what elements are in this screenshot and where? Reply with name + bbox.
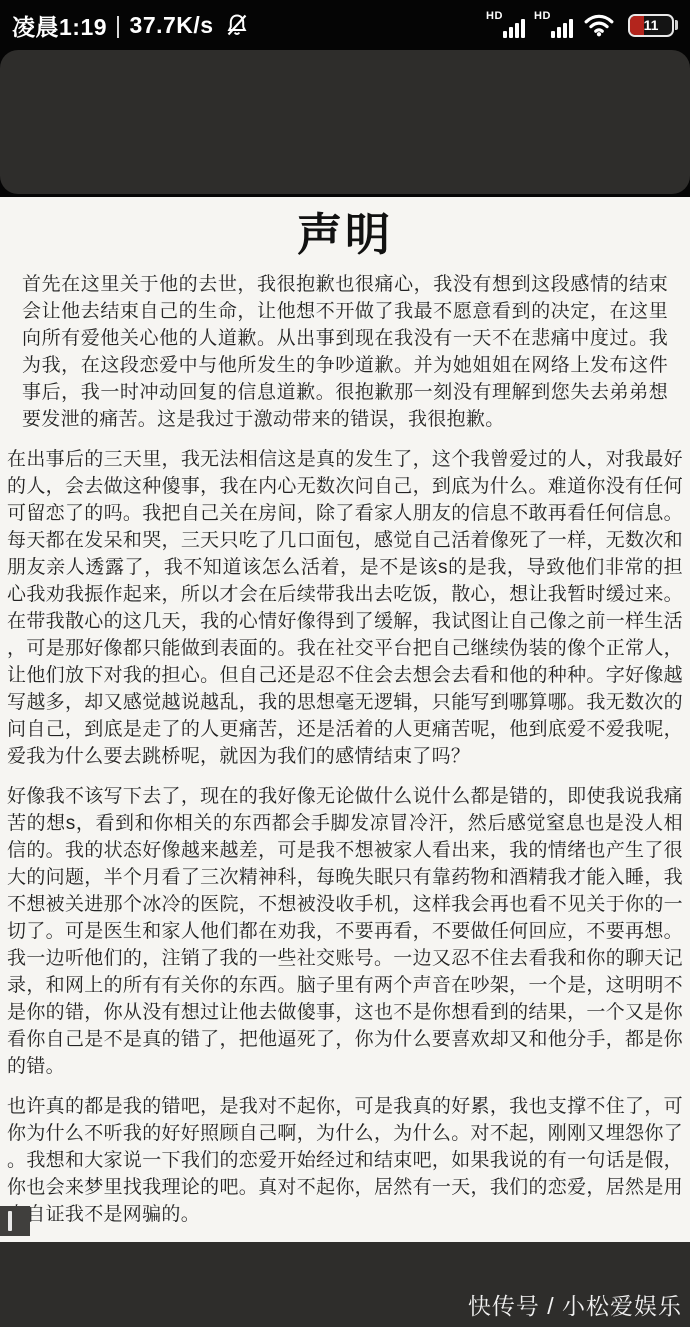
wifi-icon <box>584 13 614 37</box>
signal-bars-sim1 <box>503 19 525 38</box>
phone-screen: 凌晨1:19 | 37.7K/s HD HD <box>0 0 690 1327</box>
clock-time: 凌晨1:19 <box>12 9 107 42</box>
watermark-credit: 快传号 / 小松爱娱乐 <box>468 1288 682 1321</box>
cellular-signal-icon-sim2: HD <box>534 9 574 41</box>
status-left-group: 凌晨1:19 | 37.7K/s <box>12 9 248 42</box>
network-speed: 37.7K/s <box>130 12 214 39</box>
battery-icon: 11 <box>628 14 678 37</box>
status-separator: | <box>115 12 121 39</box>
battery-body: 11 <box>628 14 674 37</box>
statement-paragraph-3: 好像我不该写下去了，现在的我好像无论做什么说什么都是错的，即使我说我痛苦的想s，… <box>7 783 683 1080</box>
hd-badge-sim1: HD <box>486 10 503 22</box>
scrub-handle-icon <box>8 1211 12 1231</box>
player-scrub-overlay[interactable] <box>0 1206 30 1236</box>
status-bar: 凌晨1:19 | 37.7K/s HD HD <box>0 0 690 50</box>
statement-paragraph-2: 在出事后的三天里，我无法相信这是真的发生了，这个我曾爱过的人，对我最好的人，会去… <box>7 446 683 770</box>
battery-low-fill <box>630 16 644 35</box>
hd-badge-sim2: HD <box>534 10 551 22</box>
media-panel-top[interactable] <box>0 50 690 194</box>
cellular-signal-icon-sim1: HD <box>486 9 526 41</box>
battery-nub <box>675 20 678 30</box>
muted-bell-icon <box>226 13 248 37</box>
statement-document-image[interactable]: 声明 首先在这里关于他的去世，我很抱歉也很痛心，我没有想到这段感情的结束会让他去… <box>0 197 690 1242</box>
media-panel-bottom: 快传号 / 小松爱娱乐 <box>0 1242 690 1327</box>
signal-bars-sim2 <box>551 19 573 38</box>
statement-paragraph-4: 也许真的都是我的错吧，是我对不起你，可是我真的好累，我也支撑不住了，可你为什么不… <box>7 1093 683 1228</box>
statement-paragraph-1: 首先在这里关于他的去世，我很抱歉也很痛心，我没有想到这段感情的结束会让他去结束自… <box>22 271 668 433</box>
statement-title: 声明 <box>0 209 690 261</box>
battery-percent-text: 11 <box>644 17 659 33</box>
